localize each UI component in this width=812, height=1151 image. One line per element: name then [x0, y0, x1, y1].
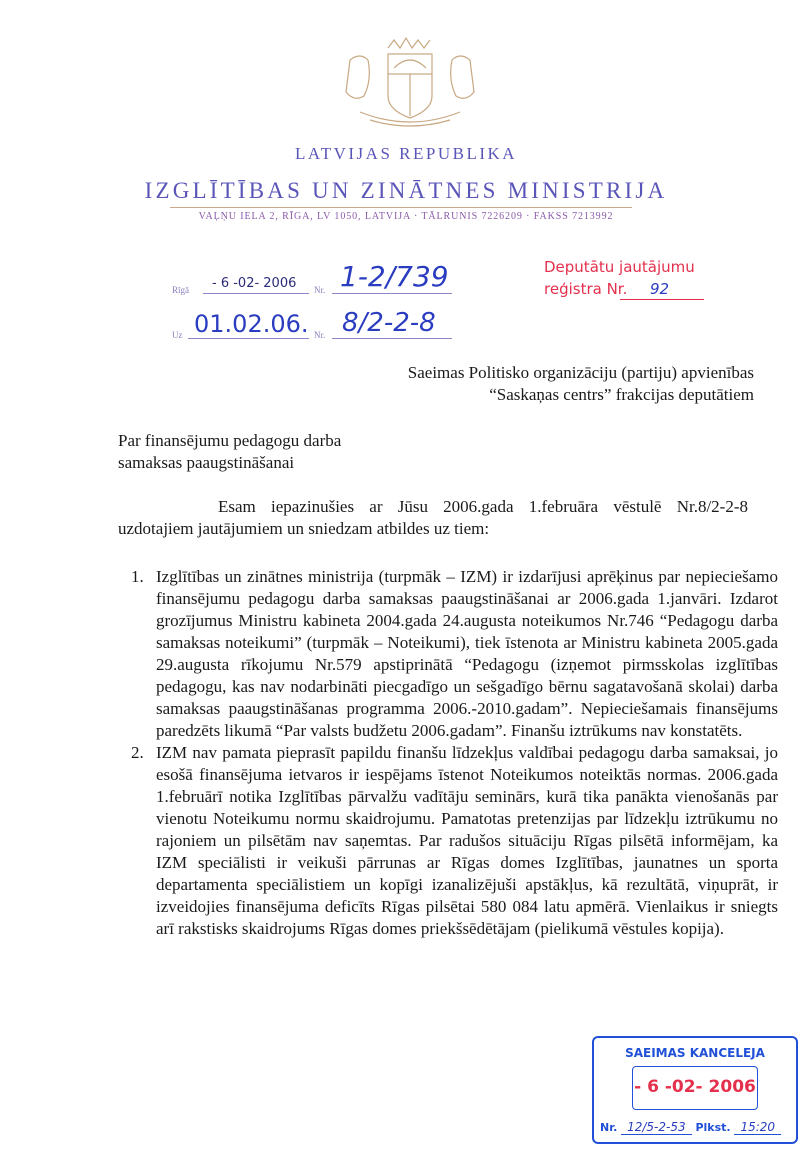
stamp-time-value: 15:20 [734, 1120, 781, 1135]
stamp-nr-label: Nr. [600, 1121, 617, 1134]
stamp-date-box: - 6 -02- 2006 [632, 1066, 758, 1110]
stamp-nr-value: 12/5-2-53 [621, 1120, 692, 1135]
stamp-nr: Nr. 12/5-2-53 Plkst. 15:20 [600, 1120, 781, 1134]
to-date: 01.02.06. [194, 310, 309, 338]
nr-line [332, 293, 452, 294]
coat-of-arms-icon [330, 20, 490, 132]
list-item: IZM nav pamata pieprasīt papildu finanšu… [148, 742, 778, 940]
addressee: Saeimas Politisko organizāciju (partiju)… [408, 362, 754, 406]
register-number: 92 [650, 280, 669, 298]
date-line [203, 293, 309, 294]
letter-date: - 6 -02- 2006 [212, 276, 296, 291]
addressee-line: “Saskaņas centrs” frakcijas deputātiem [408, 384, 754, 406]
nr-label: Nr. [314, 285, 325, 295]
register-line [620, 299, 704, 300]
to-label: Uz [172, 330, 183, 340]
subject-line: samaksas paaugstināšanai [118, 452, 341, 474]
subject-line: Par finansējumu pedagogu darba [118, 430, 341, 452]
to-date-line [188, 338, 309, 339]
addressee-line: Saeimas Politisko organizāciju (partiju)… [408, 362, 754, 384]
to-nr-label: Nr. [314, 330, 325, 340]
place-label: Rīgā [172, 285, 189, 295]
to-number: 8/2-2-8 [342, 308, 436, 338]
register-stamp-line1: Deputātu jautājumu [544, 258, 695, 276]
stamp-title: SAEIMAS KANCELEJA [594, 1046, 796, 1060]
ministry-address: VAĻŅU IELA 2, RĪGA, LV 1050, LATVIJA · T… [0, 211, 812, 222]
ministry-name: IZGLĪTĪBAS UN ZINĀTNES MINISTRIJA [0, 178, 812, 204]
letterhead-divider [170, 207, 632, 208]
republic-name: LATVIJAS REPUBLIKA [0, 144, 812, 164]
intro-paragraph: Esam iepazinušies ar Jūsu 2006.gada 1.fe… [118, 496, 748, 540]
list-item: Izglītības un zinātnes ministrija (turpm… [148, 566, 778, 742]
stamp-date: - 6 -02- 2006 [633, 1077, 757, 1097]
letter-number: 1-2/739 [340, 260, 449, 293]
answer-list: Izglītības un zinātnes ministrija (turpm… [118, 566, 778, 940]
register-stamp-line2: reģistra Nr. [544, 280, 627, 298]
stamp-time-label: Plkst. [695, 1121, 730, 1134]
subject: Par finansējumu pedagogu darba samaksas … [118, 430, 341, 474]
receipt-stamp: SAEIMAS KANCELEJA - 6 -02- 2006 Nr. 12/5… [592, 1036, 798, 1144]
to-nr-line [332, 338, 452, 339]
